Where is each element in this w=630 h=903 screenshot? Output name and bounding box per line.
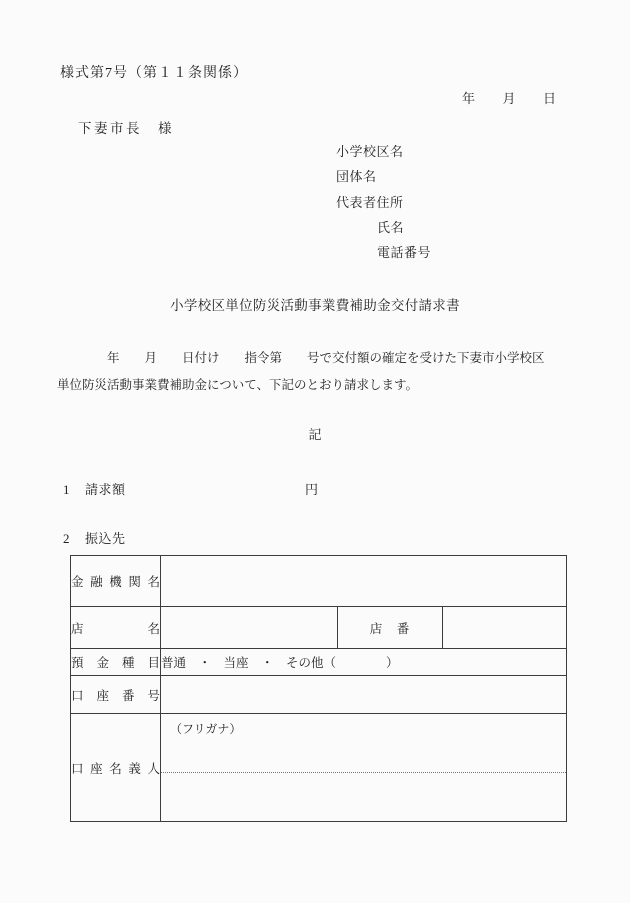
branch-number-label-cell: 店 番 <box>338 607 443 649</box>
date-line: 年 月 日 <box>462 92 557 107</box>
item-1-number: 1 <box>63 483 70 498</box>
table-row-account-holder: 口座名義人 （フリガナ） <box>71 714 567 822</box>
bank-transfer-table: 金融機関名 店名 店 番 預金種目 普通 ・ 当座 ・ その他（ ） 口座番号 … <box>70 555 567 822</box>
sender-organization-label: 団体名 <box>336 170 377 185</box>
table-row-deposit-type: 預金種目 普通 ・ 当座 ・ その他（ ） <box>71 649 567 676</box>
item-1-yen-unit: 円 <box>305 483 318 498</box>
sender-school-district-label: 小学校区名 <box>336 145 404 160</box>
sender-name-label: 氏名 <box>377 221 404 236</box>
body-paragraph-line-2: 単位防災活動事業費補助金について、下記のとおり請求します。 <box>57 378 418 392</box>
bank-name-blank-cell <box>161 556 567 607</box>
sender-representative-address-label: 代表者住所 <box>336 196 404 211</box>
account-holder-name-area <box>161 773 566 821</box>
table-row-account-number: 口座番号 <box>71 676 567 714</box>
item-2-number: 2 <box>63 532 70 547</box>
branch-name-label-cell: 店名 <box>71 607 161 649</box>
account-number-blank-cell <box>161 676 567 714</box>
item-1-claim-amount-label: 請求額 <box>85 483 126 498</box>
table-row-bank-name: 金融機関名 <box>71 556 567 607</box>
addressee-line: 下妻市長 様 <box>78 121 174 137</box>
furigana-note: （フリガナ） <box>161 714 566 773</box>
account-holder-label-cell: 口座名義人 <box>71 714 161 822</box>
bank-name-label-cell: 金融機関名 <box>71 556 161 607</box>
account-holder-blank-cell: （フリガナ） <box>161 714 567 822</box>
sender-phone-label: 電話番号 <box>377 246 431 261</box>
note-heading: 記 <box>0 428 630 443</box>
body-paragraph-line-1: 年 月 日付け 指令第 号で交付額の確定を受けた下妻市小学校区 <box>57 351 545 365</box>
deposit-type-label-cell: 預金種目 <box>71 649 161 676</box>
item-2-transfer-destination-label: 振込先 <box>85 532 126 547</box>
table-row-branch: 店名 店 番 <box>71 607 567 649</box>
deposit-type-options-cell: 普通 ・ 当座 ・ その他（ ） <box>161 649 567 676</box>
branch-name-blank-cell <box>161 607 338 649</box>
account-number-label-cell: 口座番号 <box>71 676 161 714</box>
branch-number-blank-cell <box>443 607 567 649</box>
form-document-page: 様式第7号（第１１条関係） 年 月 日 下妻市長 様 小学校区名 団体名 代表者… <box>0 0 630 903</box>
form-number: 様式第7号（第１１条関係） <box>60 66 248 82</box>
document-title: 小学校区単位防災活動事業費補助金交付請求書 <box>0 298 630 314</box>
